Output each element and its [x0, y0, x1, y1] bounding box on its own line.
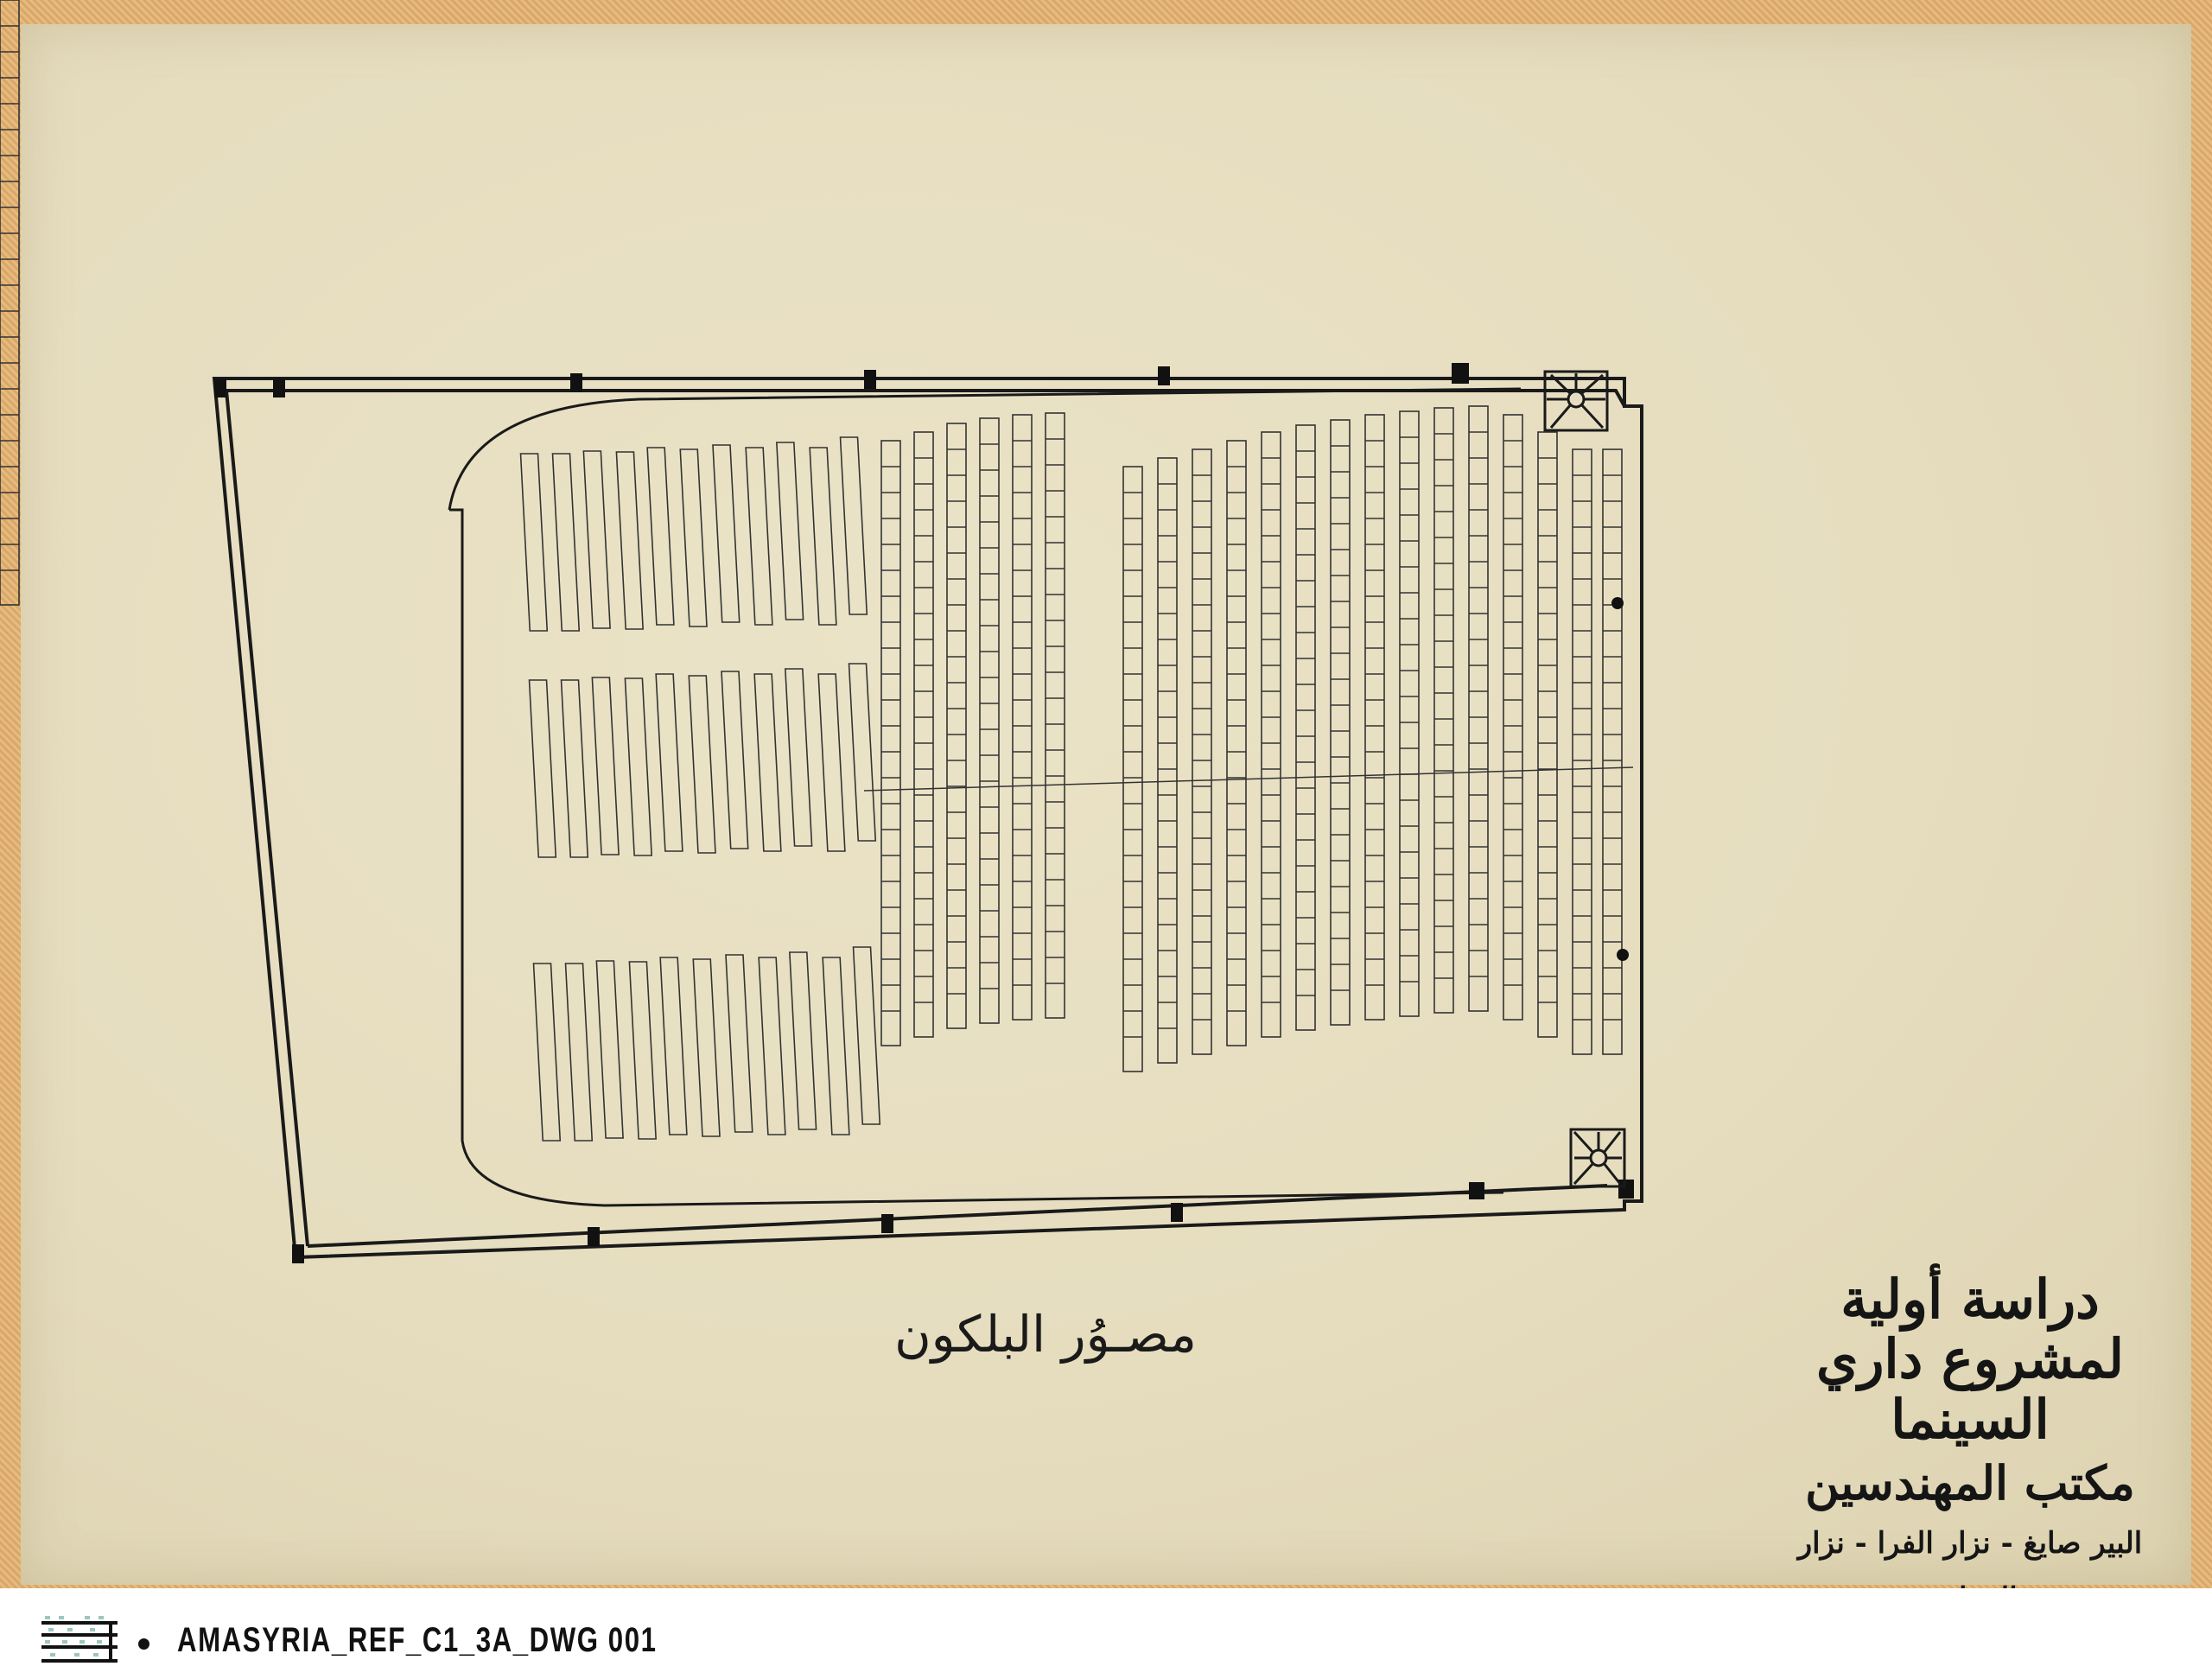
seat-rows-right [0, 0, 1622, 1072]
structural-columns [214, 363, 1634, 1263]
arab-modernism-logo-icon [41, 1614, 118, 1668]
seat-rows-left [521, 437, 880, 1141]
plan-title: مصـوُر البلكون [864, 1305, 1227, 1364]
bullet-separator [138, 1638, 149, 1650]
reference-code: AMASYRIA_REF_C1_3A_DWG 001 [177, 1621, 658, 1660]
title-project: لمشروع داري السينما [1754, 1329, 2186, 1450]
footer-bar: AMASYRIA_REF_C1_3A_DWG 001 [0, 1588, 2212, 1679]
title-office: مكتب المهندسين [1754, 1450, 2186, 1516]
title-study: دراسة أولية [1754, 1270, 2186, 1329]
